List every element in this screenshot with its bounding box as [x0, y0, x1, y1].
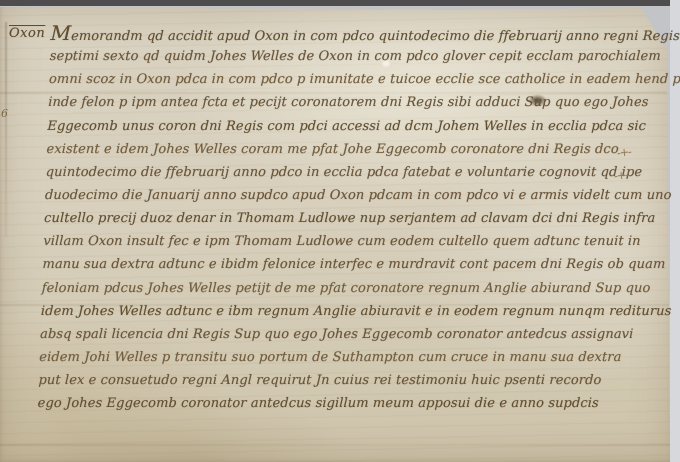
manuscript-line: existent e idem Johes Welles coram me pf… — [46, 138, 669, 161]
manuscript-line: cultello precij duoz denar in Thomam Lud… — [44, 207, 667, 230]
manuscript-line: Memorandm qd accidit apud Oxon in com pd… — [50, 22, 673, 45]
manuscript-text: Memorandm qd accidit apud Oxon in com pd… — [37, 22, 673, 415]
backdrop-top-strip — [0, 0, 680, 6]
backdrop-right-strip — [670, 0, 680, 462]
insertion-mark: -+- — [613, 168, 628, 182]
left-edge-crease — [5, 22, 7, 237]
parchment-crease — [0, 444, 672, 446]
insertion-mark: -+- — [616, 145, 631, 159]
manuscript-line: quintodecimo die ffebruarij anno pdco in… — [45, 161, 668, 184]
manuscript-line: omni scoz in Oxon pdca in com pdco p imu… — [49, 68, 672, 91]
manuscript-line: manu sua dextra adtunc e ibidm felonice … — [42, 253, 665, 276]
folio-number: 6 — [1, 107, 8, 120]
manuscript-line: feloniam pdcus Johes Welles petijt de me… — [41, 277, 664, 300]
county-margin-note: Oxon — [9, 26, 45, 41]
manuscript-line: duodecimo die Januarij anno supdco apud … — [45, 184, 668, 207]
manuscript-line: ego Johes Eggecomb coronator antedcus si… — [37, 392, 660, 415]
manuscript-photo: Oxon 6 Memorandm qd accidit apud Oxon in… — [0, 0, 680, 462]
manuscript-line: septimi sexto qd quidm Johes Welles de O… — [49, 45, 672, 68]
manuscript-line: inde felon p ipm antea fcta et pecijt co… — [48, 91, 671, 114]
manuscript-line: Eggecomb unus coron dni Regis com pdci a… — [47, 115, 670, 138]
manuscript-line: eidem Johi Welles p transitu suo portum … — [39, 346, 662, 369]
manuscript-line: absq spali licencia dni Regis Sup quo eg… — [40, 323, 663, 346]
manuscript-line: put lex e consuetudo regni Angl requirut… — [38, 369, 661, 392]
manuscript-line: villam Oxon insult fec e ipm Thomam Ludl… — [43, 230, 666, 253]
manuscript-line: idem Johes Welles adtunc e ibm regnum An… — [40, 300, 663, 323]
